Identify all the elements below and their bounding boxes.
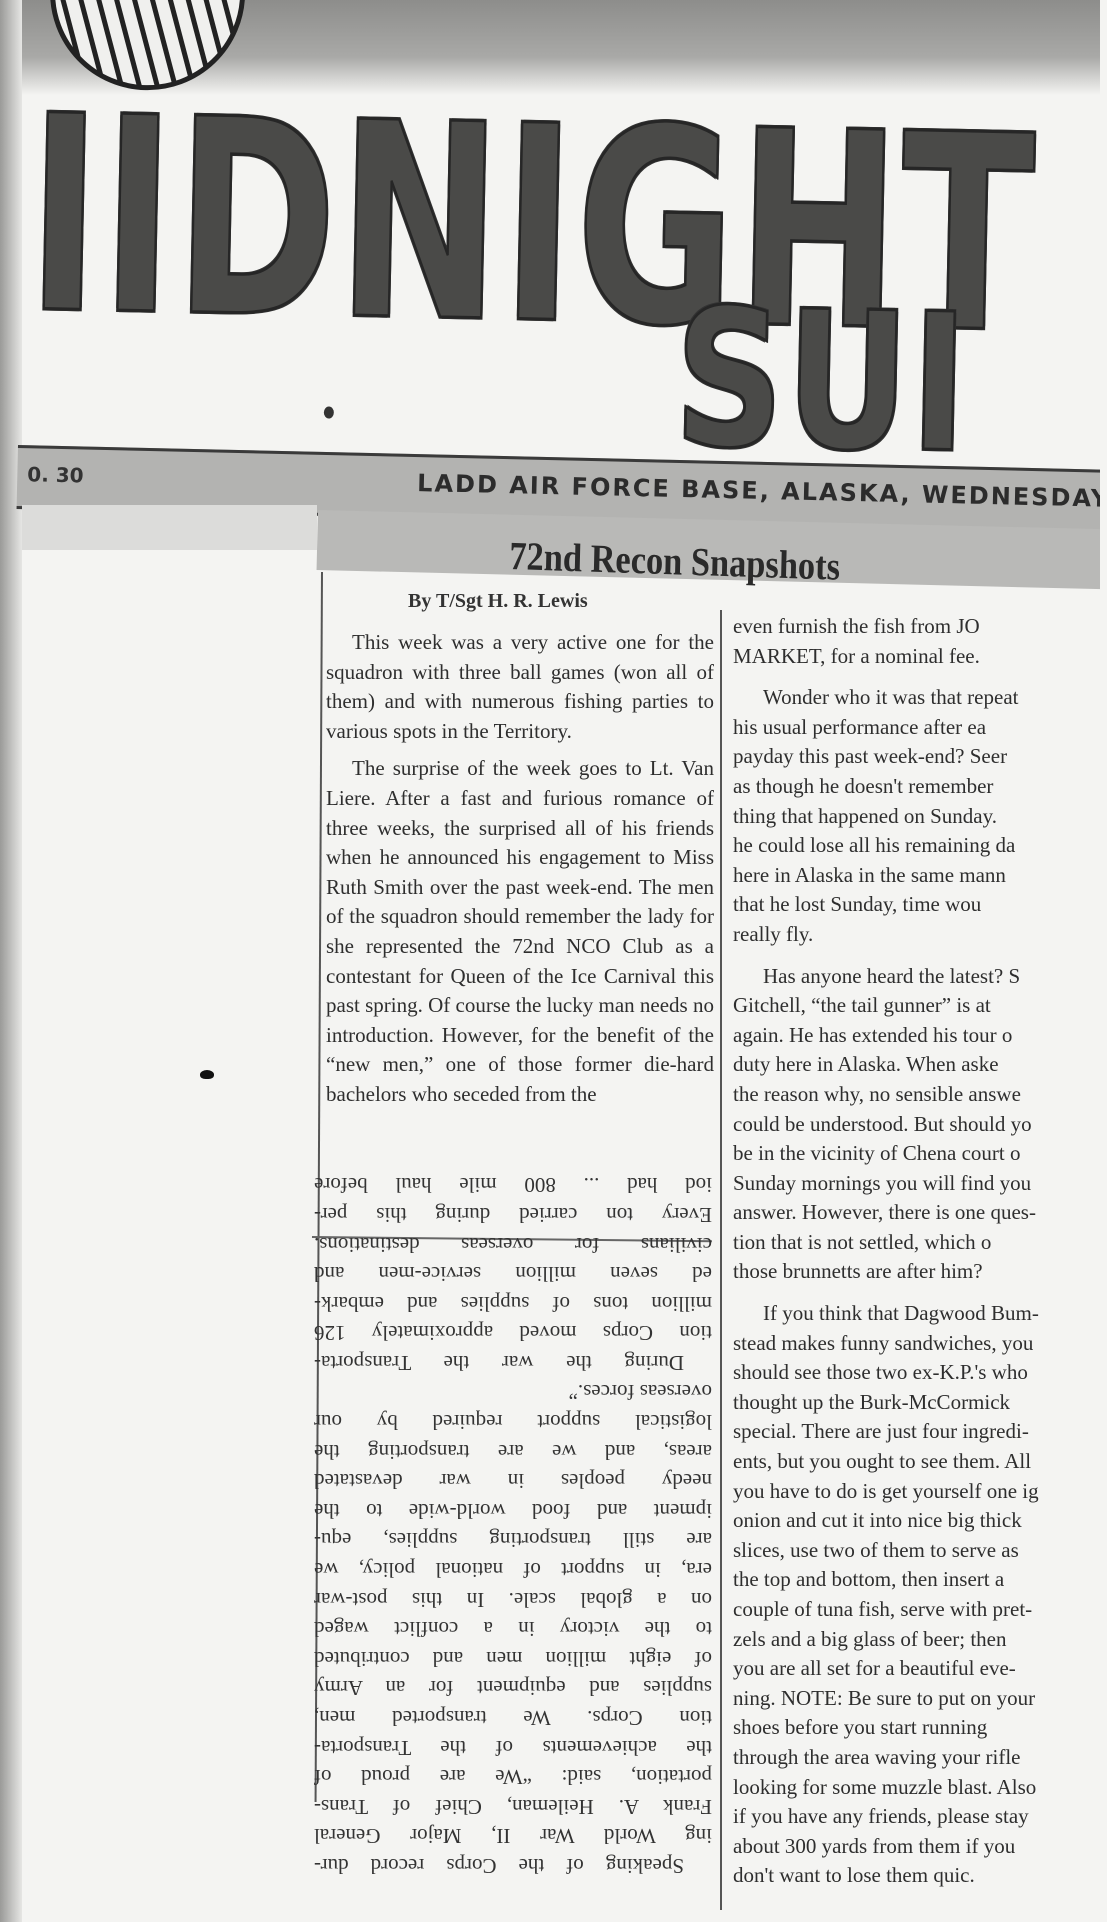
text-line: logistical support required by our xyxy=(314,1407,712,1437)
text-line: don't want to lose them quic. xyxy=(733,1861,1107,1891)
text-line: ipment and food world-wide to the xyxy=(314,1495,712,1525)
text-line: needy peoples in war devastated xyxy=(314,1466,712,1496)
paragraph: This week was a very active one for the … xyxy=(326,628,714,746)
inverted-clipping-text: Speaking of the Corps record dur-ing Wor… xyxy=(314,1170,712,1880)
text-line: answer. However, there is one ques- xyxy=(733,1198,1107,1228)
text-line: special. There are just four ingredi- xyxy=(733,1417,1107,1447)
text-line: ed seven million service-men and xyxy=(314,1259,712,1289)
dateline-location-day: LADD AIR FORCE BASE, ALASKA, WEDNESDAY xyxy=(417,469,1107,513)
paragraph: even furnish the fish from JOMARKET, for… xyxy=(733,612,1107,671)
text-line: you have to do is get yourself one ig xyxy=(733,1477,1107,1507)
paragraph: Wonder who it was that repeathis usual p… xyxy=(733,683,1107,949)
text-line: Sunday mornings you will find you xyxy=(733,1169,1107,1199)
text-line: ing World War II, Major General xyxy=(314,1821,712,1851)
text-line: the top and bottom, then insert a xyxy=(733,1565,1107,1595)
text-line: could be understood. But should yo xyxy=(733,1110,1107,1140)
text-line: to the victory in a conflict waged xyxy=(314,1614,712,1644)
text-line: Gitchell, “the tail gunner” is at xyxy=(733,991,1107,1021)
text-line: tion Corps moved approximately 126 xyxy=(314,1318,712,1348)
text-line: supplies and equipment for an Army xyxy=(314,1673,712,1703)
text-line: the achievements of the Transporta- xyxy=(314,1732,712,1762)
text-line: duty here in Alaska. When aske xyxy=(733,1050,1107,1080)
text-line: zels and a big glass of beer; then xyxy=(733,1625,1107,1655)
text-line: on a global scale. In this post-war xyxy=(314,1584,712,1614)
text-line: really fly. xyxy=(733,920,1107,950)
text-line: if you have any friends, please stay xyxy=(733,1802,1107,1832)
text-line: million tons of supplies and embark- xyxy=(314,1288,712,1318)
text-line: overseas forces.” xyxy=(314,1377,712,1407)
text-line: the reason why, no sensible answe xyxy=(733,1080,1107,1110)
text-line: Frank A. Heileman, Chief of Trans- xyxy=(314,1791,712,1821)
text-line: stead makes funny sandwiches, you xyxy=(733,1329,1107,1359)
text-line: portation, said: “We are proud of xyxy=(314,1762,712,1792)
text-line: payday this past week-end? Seer xyxy=(733,742,1107,772)
text-line: areas, and we are transporting the xyxy=(314,1436,712,1466)
text-line: be in the vicinity of Chena court o xyxy=(733,1139,1107,1169)
text-line: ents, but you ought to see them. All xyxy=(733,1447,1107,1477)
page-crop-edge xyxy=(1100,0,1107,1922)
text-line: as though he doesn't remember xyxy=(733,772,1107,802)
text-line: civilians for overseas destinations. xyxy=(314,1229,712,1259)
text-line: Every ton carried during this per- xyxy=(314,1199,712,1229)
text-line: slices, use two of them to serve as xyxy=(733,1536,1107,1566)
text-line: looking for some muzzle blast. Also xyxy=(733,1773,1107,1803)
text-line: he could lose all his remaining da xyxy=(733,831,1107,861)
paragraph: If you think that Dagwood Bum-stead make… xyxy=(733,1299,1107,1891)
masthead-title-line2: SUI xyxy=(673,284,971,480)
article-headline: 72nd Recon Snapshots xyxy=(509,532,841,590)
text-line: If you think that Dagwood Bum- xyxy=(733,1299,1107,1329)
text-line: here in Alaska in the same mann xyxy=(733,861,1107,891)
text-line: Has anyone heard the latest? S xyxy=(733,962,1107,992)
text-line: that he lost Sunday, time wou xyxy=(733,890,1107,920)
text-line: tion that is not settled, which o xyxy=(733,1228,1107,1258)
text-line: MARKET, for a nominal fee. xyxy=(733,642,1107,672)
text-line: thought up the Burk-McCormick xyxy=(733,1388,1107,1418)
text-line: iod had ... 800 mile haul before xyxy=(314,1170,712,1200)
ink-speck xyxy=(324,406,334,418)
text-line: his usual performance after ea xyxy=(733,713,1107,743)
text-line: again. He has extended his tour o xyxy=(733,1021,1107,1051)
paragraph: The surprise of the week goes to Lt. Van… xyxy=(326,754,714,1109)
issue-number: 0. 30 xyxy=(27,462,84,487)
column-rule-middle xyxy=(720,610,722,1910)
text-line: couple of tuna fish, serve with pret- xyxy=(733,1595,1107,1625)
text-line: Wonder who it was that repeat xyxy=(733,683,1107,713)
text-line: During the war the Transporta- xyxy=(314,1347,712,1377)
text-line: you are all set for a beautiful eve- xyxy=(733,1654,1107,1684)
article-column-1: This week was a very active one for the … xyxy=(326,628,714,1118)
text-line: thing that happened on Sunday. xyxy=(733,802,1107,832)
text-line: tion Corps. We transported men, xyxy=(314,1702,712,1732)
article-byline: By T/Sgt H. R. Lewis xyxy=(408,590,588,613)
text-line: through the area waving your rifle xyxy=(733,1743,1107,1773)
text-line: ning. NOTE: Be sure to put on your xyxy=(733,1684,1107,1714)
text-line: about 300 yards from them if you xyxy=(733,1832,1107,1862)
inverted-clipping: Speaking of the Corps record dur-ing Wor… xyxy=(300,1240,720,1880)
text-line: should see those two ex-K.P.'s who xyxy=(733,1358,1107,1388)
article-column-2: even furnish the fish from JOMARKET, for… xyxy=(733,612,1107,1903)
text-line: era, in support of national policy, we xyxy=(314,1554,712,1584)
text-line: even furnish the fish from JO xyxy=(733,612,1107,642)
text-line: those brunnetts are after him? xyxy=(733,1257,1107,1287)
shaded-strip xyxy=(22,505,317,550)
text-line: onion and cut it into nice big thick xyxy=(733,1506,1107,1536)
masthead: IIDNIGHT SUI xyxy=(13,20,1107,463)
text-line: Speaking of the Corps record dur- xyxy=(314,1850,712,1880)
text-line: are still transporting supplies, equ- xyxy=(314,1525,712,1555)
text-line: of eight million men and contributed xyxy=(314,1643,712,1673)
ink-speck xyxy=(200,1070,214,1079)
paragraph: Has anyone heard the latest? SGitchell, … xyxy=(733,962,1107,1288)
text-line: shoes before you start running xyxy=(733,1713,1107,1743)
